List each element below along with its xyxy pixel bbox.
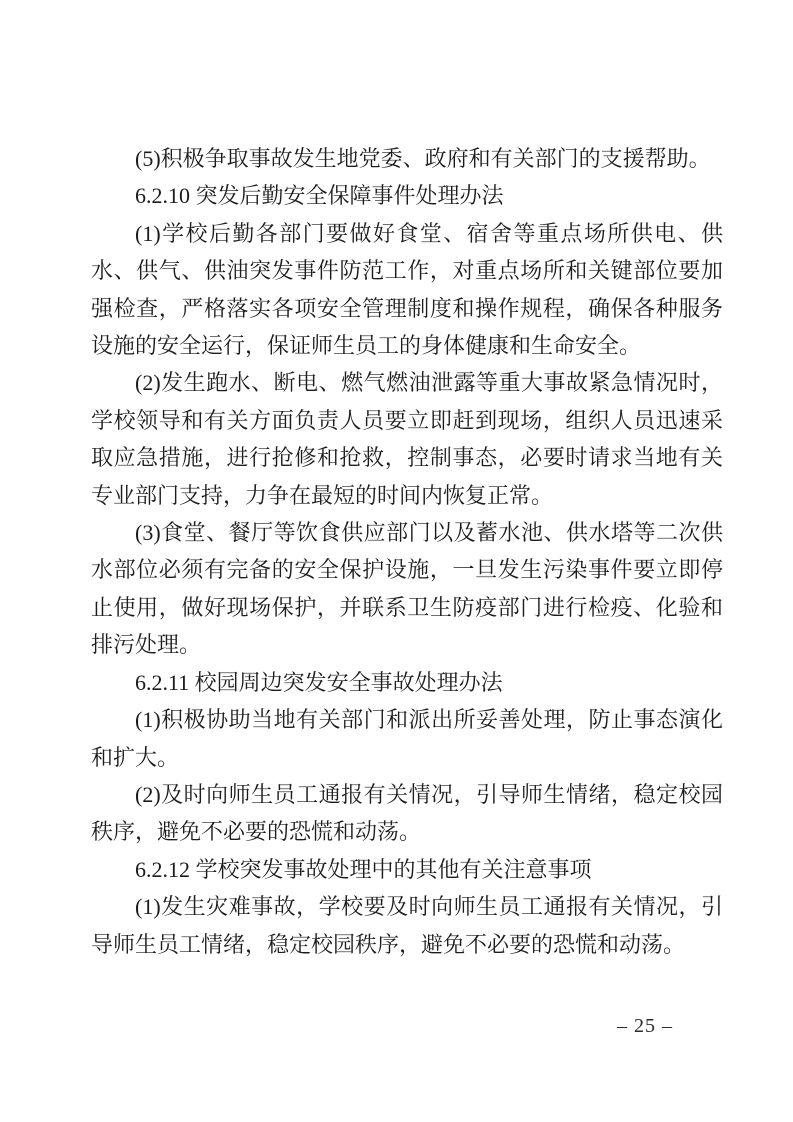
body-paragraph: (1)积极协助当地有关部门和派出所妥善处理，防止事态演化和扩大。 [91, 701, 723, 776]
document-text-body: (5)积极争取事故发生地党委、政府和有关部门的支援帮助。6.2.10 突发后勤安… [91, 140, 723, 963]
body-paragraph: (1)发生灾难事故，学校要及时向师生员工通报有关情况，引导师生员工情绪，稳定校园… [91, 888, 723, 963]
body-paragraph: (1)学校后勤各部门要做好食堂、宿舍等重点场所供电、供水、供气、供油突发事件防范… [91, 215, 723, 365]
body-paragraph: (2)发生跑水、断电、燃气燃油泄露等重大事故紧急情况时，学校领导和有关方面负责人… [91, 364, 723, 514]
section-heading: 6.2.10 突发后勤安全保障事件处理办法 [91, 177, 723, 214]
document-page: (5)积极争取事故发生地党委、政府和有关部门的支援帮助。6.2.10 突发后勤安… [0, 0, 793, 1122]
section-heading: 6.2.11 校园周边突发安全事故处理办法 [91, 664, 723, 701]
body-paragraph: (5)积极争取事故发生地党委、政府和有关部门的支援帮助。 [91, 140, 723, 177]
body-paragraph: (2)及时向师生员工通报有关情况，引导师生情绪，稳定校园秩序，避免不必要的恐慌和… [91, 776, 723, 851]
body-paragraph: (3)食堂、餐厅等饮食供应部门以及蓄水池、供水塔等二次供水部位必须有完备的安全保… [91, 514, 723, 664]
page-number: – 25 – [617, 1015, 673, 1038]
section-heading: 6.2.12 学校突发事故处理中的其他有关注意事项 [91, 851, 723, 888]
